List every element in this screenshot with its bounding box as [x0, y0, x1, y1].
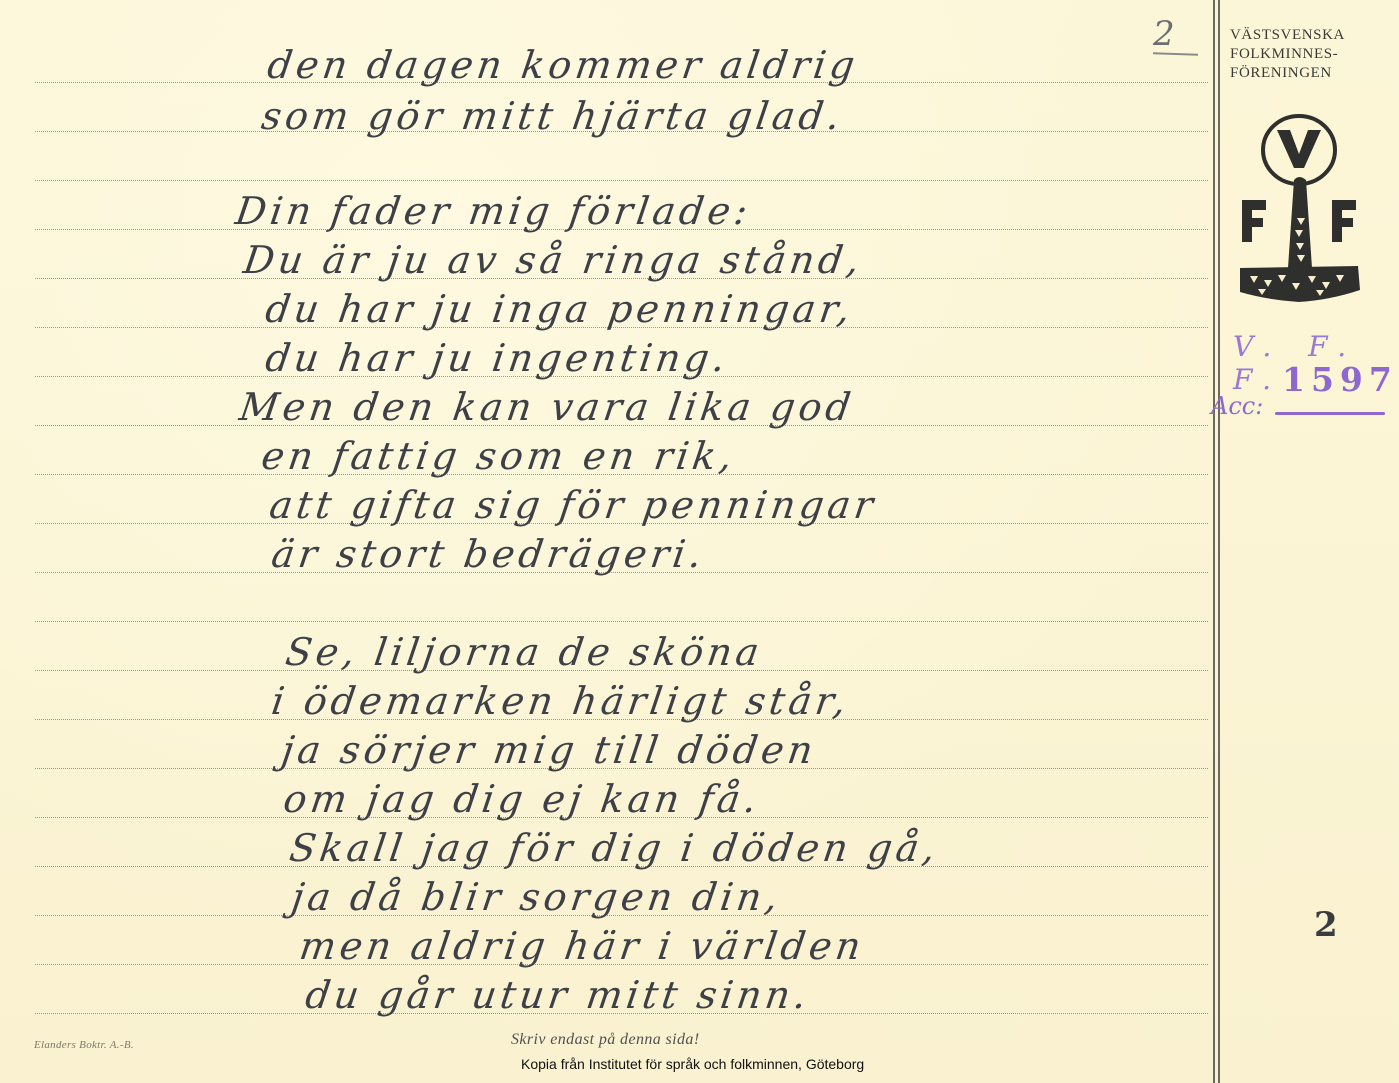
poem-line: i ödemarken härligt står,	[269, 682, 852, 720]
page-number: 2	[1314, 905, 1338, 945]
accession-label: Acc:	[1211, 392, 1263, 420]
poem-line: Du är ju av så ringa stånd,	[241, 241, 865, 279]
organization-name-line-3: FÖRENINGEN	[1230, 64, 1390, 83]
accession-stamp: V. F. F. 1597 Acc:	[1205, 330, 1399, 425]
manuscript-page: 2 VÄSTSVENSKA FOLKMINNES- FÖRENINGEN	[0, 0, 1399, 1083]
margin-line-left	[1213, 0, 1215, 1083]
poem-line: ja sörjer mig till döden	[279, 731, 819, 769]
poem-line: men aldrig här i världen	[297, 927, 867, 965]
accession-underline	[1275, 412, 1385, 415]
poem-line: Din fader mig förlade:	[233, 192, 753, 230]
poem-line: som gör mitt hjärta glad.	[259, 97, 846, 135]
organization-name: VÄSTSVENSKA FOLKMINNES- FÖRENINGEN	[1230, 26, 1390, 83]
poem-line: den dagen kommer aldrig	[265, 46, 861, 84]
poem-line: Men den kan vara lika god	[237, 388, 857, 426]
printer-imprint: Elanders Boktr. A.-B.	[34, 1039, 134, 1051]
poem-line: att gifta sig för penningar	[267, 486, 879, 524]
poem-line: Skall jag för dig i döden gå,	[287, 829, 941, 867]
margin-line-right	[1218, 0, 1220, 1083]
poem-line: en fattig som en rik,	[259, 437, 738, 475]
poem-line: du har ju inga penningar,	[263, 290, 856, 328]
organization-name-line-1: VÄSTSVENSKA	[1230, 26, 1390, 45]
handwritten-poem: den dagen kommer aldrig som gör mitt hjä…	[0, 0, 1210, 1083]
poem-line: du har ju ingenting.	[263, 339, 731, 377]
poem-line: ja då blir sorgen din,	[289, 878, 784, 916]
poem-line: du går utur mitt sinn.	[303, 976, 812, 1014]
organization-name-line-2: FOLKMINNES-	[1230, 45, 1390, 64]
accession-number: 1597	[1282, 360, 1398, 399]
hammer-amulet-logo-icon	[1232, 108, 1372, 304]
poem-line: om jag dig ej kan få.	[281, 780, 762, 818]
poem-line: Se, liljorna de sköna	[283, 633, 765, 671]
copy-attribution: Kopia från Institutet för språk och folk…	[521, 1056, 864, 1072]
poem-line: är stort bedrägeri.	[269, 535, 708, 573]
writing-instruction: Skriv endast på denna sida!	[511, 1031, 700, 1049]
